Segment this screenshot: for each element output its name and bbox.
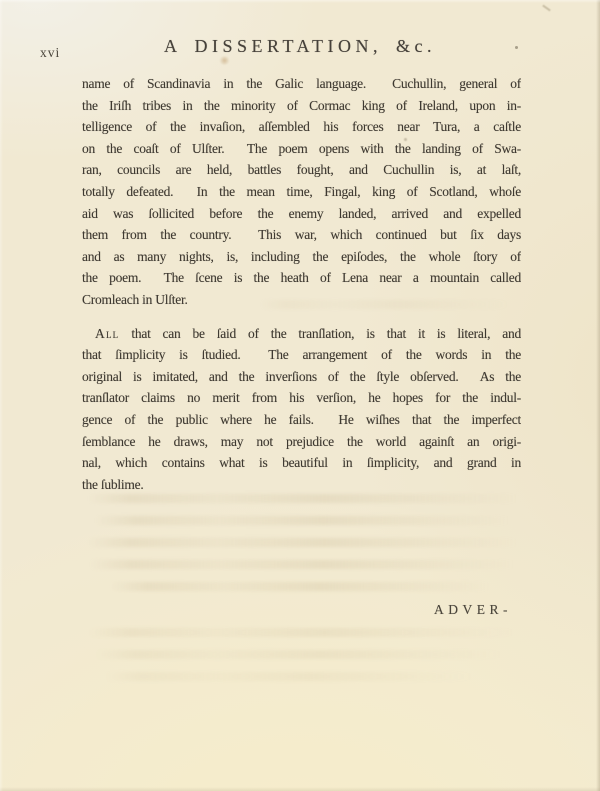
text-line: them from the country. This war, which c… bbox=[82, 224, 521, 246]
foxing-stain bbox=[219, 56, 230, 65]
page-edge-highlight-top bbox=[0, 0, 600, 3]
running-header: A DISSERTATION, &c. bbox=[0, 36, 600, 57]
text-line: on the coaſt of Ulſter. The poem opens w… bbox=[82, 138, 521, 160]
text-line-rest: that can be ſaid of the tranſlation, is … bbox=[119, 326, 521, 341]
text-line: name of Scandinavia in the Galic languag… bbox=[82, 73, 521, 95]
text-line: gence of the public where he fails. He w… bbox=[82, 409, 521, 431]
book-page: xvi A DISSERTATION, &c. name of Scandina… bbox=[0, 0, 600, 791]
show-through-ghost-line bbox=[88, 494, 518, 503]
show-through-ghost-line bbox=[105, 672, 475, 681]
paragraph-2: All that can be ſaid of the tranſlation,… bbox=[82, 323, 521, 496]
show-through-ghost-line bbox=[95, 650, 505, 659]
page-edge-shadow-bottom bbox=[0, 787, 600, 791]
text-line: original is imitated, and the inverſions… bbox=[82, 366, 521, 388]
show-through-ghost-line bbox=[95, 516, 510, 525]
show-through-ghost-line bbox=[88, 628, 518, 637]
show-through-ghost-line bbox=[260, 300, 510, 309]
text-line: totally defeated. In the mean time, Fing… bbox=[82, 181, 521, 203]
text-line: nal, which contains what is beautiful in… bbox=[82, 452, 521, 474]
text-line: telligence of the invaſion, aſſembled hi… bbox=[82, 116, 521, 138]
text-line: the ſublime. bbox=[82, 474, 521, 496]
paper-scratch-mark bbox=[542, 5, 551, 12]
text-line: that ſimplicity is ſtudied. The arrangem… bbox=[82, 344, 521, 366]
show-through-ghost-line bbox=[90, 560, 515, 569]
lead-word-small-caps: All bbox=[95, 326, 119, 341]
text-line: and as many nights, is, including the ep… bbox=[82, 246, 521, 268]
catchword: ADVER- bbox=[434, 602, 512, 618]
text-line: ſemblance he draws, may not prejudice th… bbox=[82, 431, 521, 453]
scanned-book-page-screenshot: { "page": { "number": "xvi", "header": "… bbox=[0, 0, 600, 791]
text-line: ran, councils are held, battles fought, … bbox=[82, 159, 521, 181]
show-through-ghost-line bbox=[88, 538, 518, 547]
page-edge-highlight-left bbox=[0, 0, 3, 791]
text-block: name of Scandinavia in the Galic languag… bbox=[82, 73, 521, 495]
text-line: aid was ſollicited before the enemy land… bbox=[82, 203, 521, 225]
text-line: the poem. The ſcene is the heath of Lena… bbox=[82, 267, 521, 289]
text-line: the Iriſh tribes in the minority of Corm… bbox=[82, 95, 521, 117]
show-through-ghost-line bbox=[110, 582, 490, 591]
paper-speck bbox=[404, 138, 407, 141]
text-line: tranſlator claims no merit from his verſ… bbox=[82, 387, 521, 409]
paper-speck bbox=[515, 46, 518, 49]
text-line: All that can be ſaid of the tranſlation,… bbox=[82, 323, 521, 345]
paragraph-1: name of Scandinavia in the Galic languag… bbox=[82, 73, 521, 311]
page-edge-shadow-right bbox=[596, 0, 600, 791]
